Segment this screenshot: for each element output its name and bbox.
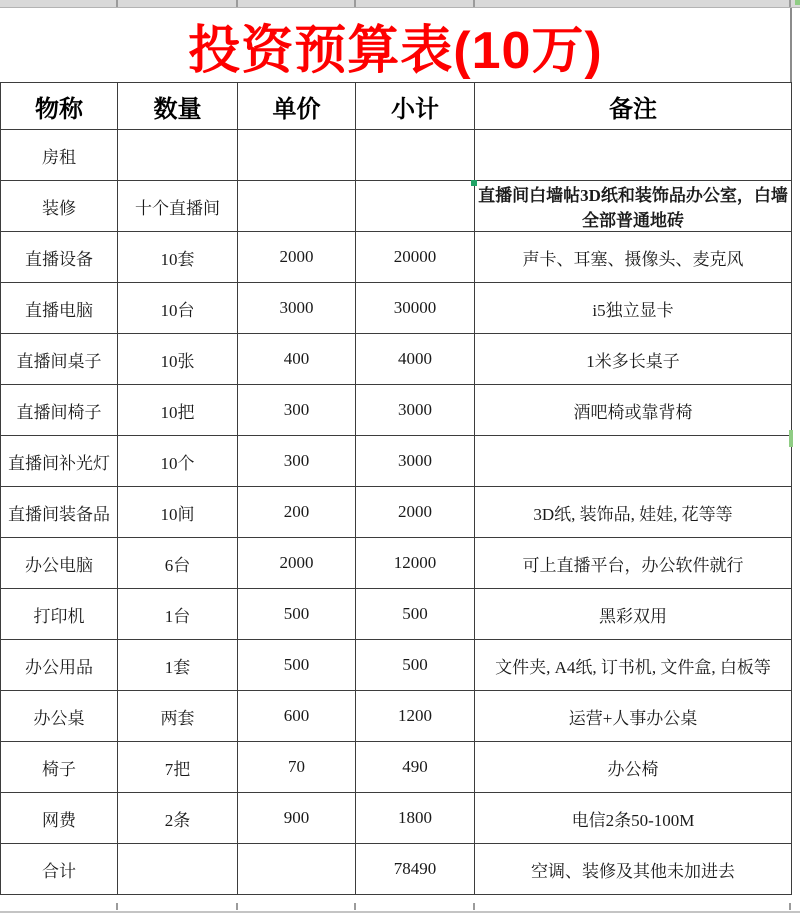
sheet-title-row: 投资预算表(10万)	[0, 8, 791, 82]
cell-quantity: 10把	[118, 385, 238, 436]
col-header-quantity: 数量	[118, 83, 238, 130]
cell-unit-price: 2000	[238, 538, 356, 589]
table-row: 装修 十个直播间 直播间白墙帖3D纸和装饰品办公室，白墙全部普通地砖	[1, 181, 792, 232]
cell-notes: 运营+人事办公桌	[475, 691, 792, 742]
cell-quantity: 十个直播间	[118, 181, 238, 232]
cell-quantity	[118, 130, 238, 181]
gridline-stub	[473, 903, 475, 910]
cell-unit-price: 300	[238, 436, 356, 487]
cell-item: 直播间椅子	[1, 385, 118, 436]
cell-unit-price: 200	[238, 487, 356, 538]
cell-notes: 文件夹, A4纸, 订书机, 文件盒, 白板等	[475, 640, 792, 691]
cell-quantity: 1套	[118, 640, 238, 691]
cell-subtotal	[356, 181, 475, 232]
table-row: 打印机 1台 500 500 黑彩双用	[1, 589, 792, 640]
table-row: 直播间装备品 10间 200 2000 3D纸, 装饰品, 娃娃, 花等等	[1, 487, 792, 538]
cell-total-subtotal: 78490	[356, 844, 475, 895]
cell-unit-price: 400	[238, 334, 356, 385]
cell-quantity: 10个	[118, 436, 238, 487]
table-row: 网费 2条 900 1800 电信2条50-100M	[1, 793, 792, 844]
cell-notes: 声卡、耳塞、摄像头、麦克风	[475, 232, 792, 283]
table-row: 直播电脑 10台 3000 30000 i5独立显卡	[1, 283, 792, 334]
gridline-stub	[116, 0, 118, 7]
cell-item: 办公电脑	[1, 538, 118, 589]
cell-notes: 1米多长桌子	[475, 334, 792, 385]
cell-item: 打印机	[1, 589, 118, 640]
table-row: 办公电脑 6台 2000 12000 可上直播平台，办公软件就行	[1, 538, 792, 589]
col-header-unit-price: 单价	[238, 83, 356, 130]
cell-notes: 可上直播平台，办公软件就行	[475, 538, 792, 589]
table-row: 直播设备 10套 2000 20000 声卡、耳塞、摄像头、麦克风	[1, 232, 792, 283]
cell-notes: 3D纸, 装饰品, 娃娃, 花等等	[475, 487, 792, 538]
cell-subtotal: 2000	[356, 487, 475, 538]
selection-edge-mark	[795, 0, 800, 5]
table-row: 办公用品 1套 500 500 文件夹, A4纸, 订书机, 文件盒, 白板等	[1, 640, 792, 691]
cell-unit-price: 70	[238, 742, 356, 793]
adjacent-row-strip-bottom	[0, 903, 800, 913]
cell-item: 直播设备	[1, 232, 118, 283]
cell-quantity: 10间	[118, 487, 238, 538]
cell-subtotal: 500	[356, 589, 475, 640]
gridline-stub	[354, 0, 356, 7]
col-header-subtotal: 小计	[356, 83, 475, 130]
gridline-stub	[116, 903, 118, 910]
cell-unit-price: 900	[238, 793, 356, 844]
table-row: 办公桌 两套 600 1200 运营+人事办公桌	[1, 691, 792, 742]
cell-subtotal: 4000	[356, 334, 475, 385]
cell-unit-price: 500	[238, 640, 356, 691]
title-right-gridline	[790, 8, 792, 82]
cell-item: 直播间补光灯	[1, 436, 118, 487]
cell-quantity: 10台	[118, 283, 238, 334]
cell-item: 房租	[1, 130, 118, 181]
cell-item: 网费	[1, 793, 118, 844]
cell-unit-price	[238, 181, 356, 232]
gridline-stub	[789, 903, 791, 910]
cell-unit-price: 2000	[238, 232, 356, 283]
cell-item: 办公用品	[1, 640, 118, 691]
page-title: 投资预算表(10万)	[188, 8, 602, 83]
cell-unit-price: 300	[238, 385, 356, 436]
cell-item: 装修	[1, 181, 118, 232]
table-header-row: 物称 数量 单价 小计 备注	[1, 83, 792, 130]
cell-item: 椅子	[1, 742, 118, 793]
cell-quantity: 7把	[118, 742, 238, 793]
cell-item: 办公桌	[1, 691, 118, 742]
gridline-stub	[473, 0, 475, 7]
cell-quantity: 10套	[118, 232, 238, 283]
cell-quantity: 1台	[118, 589, 238, 640]
cell-subtotal: 12000	[356, 538, 475, 589]
cell-item: 直播间桌子	[1, 334, 118, 385]
cell-subtotal: 1800	[356, 793, 475, 844]
cell-item: 直播间装备品	[1, 487, 118, 538]
budget-sheet-page: 投资预算表(10万) 物称 数量 单价 小计 备注 房租 装修 十个直播间 直播…	[0, 0, 800, 913]
cell-notes: 酒吧椅或靠背椅	[475, 385, 792, 436]
cell-notes	[475, 436, 792, 487]
table-row: 直播间桌子 10张 400 4000 1米多长桌子	[1, 334, 792, 385]
gridline-stub	[354, 903, 356, 910]
cell-notes: 直播间白墙帖3D纸和装饰品办公室，白墙全部普通地砖	[475, 181, 792, 232]
gridline-stub	[236, 0, 238, 7]
gridline-stub	[236, 903, 238, 910]
cell-unit-price: 500	[238, 589, 356, 640]
cell-unit-price: 600	[238, 691, 356, 742]
cell-subtotal: 3000	[356, 436, 475, 487]
table-row: 椅子 7把 70 490 办公椅	[1, 742, 792, 793]
col-header-item: 物称	[1, 83, 118, 130]
selection-edge-mark	[789, 430, 793, 447]
table-row: 直播间补光灯 10个 300 3000	[1, 436, 792, 487]
cell-quantity: 两套	[118, 691, 238, 742]
cell-subtotal: 1200	[356, 691, 475, 742]
table-row: 房租	[1, 130, 792, 181]
cell-notes: 办公椅	[475, 742, 792, 793]
cell-subtotal: 490	[356, 742, 475, 793]
table-row: 直播间椅子 10把 300 3000 酒吧椅或靠背椅	[1, 385, 792, 436]
cell-notes: 电信2条50-100M	[475, 793, 792, 844]
selection-fill-handle	[471, 180, 477, 186]
cell-total-quantity	[118, 844, 238, 895]
cell-quantity: 10张	[118, 334, 238, 385]
cell-subtotal: 3000	[356, 385, 475, 436]
total-row: 合计 78490 空调、装修及其他未加进去	[1, 844, 792, 895]
cell-unit-price	[238, 130, 356, 181]
gridline-stub	[789, 0, 791, 7]
cell-total-label: 合计	[1, 844, 118, 895]
cell-item: 直播电脑	[1, 283, 118, 334]
cell-total-price	[238, 844, 356, 895]
cell-unit-price: 3000	[238, 283, 356, 334]
cell-subtotal	[356, 130, 475, 181]
cell-subtotal: 20000	[356, 232, 475, 283]
budget-table: 物称 数量 单价 小计 备注 房租 装修 十个直播间 直播间白墙帖3D纸和装饰品…	[0, 82, 792, 895]
cell-quantity: 6台	[118, 538, 238, 589]
cell-subtotal: 500	[356, 640, 475, 691]
cell-notes: i5独立显卡	[475, 283, 792, 334]
cell-quantity: 2条	[118, 793, 238, 844]
col-header-notes: 备注	[475, 83, 792, 130]
cell-notes: 黑彩双用	[475, 589, 792, 640]
cell-notes	[475, 130, 792, 181]
cell-subtotal: 30000	[356, 283, 475, 334]
cell-total-notes: 空调、装修及其他未加进去	[475, 844, 792, 895]
